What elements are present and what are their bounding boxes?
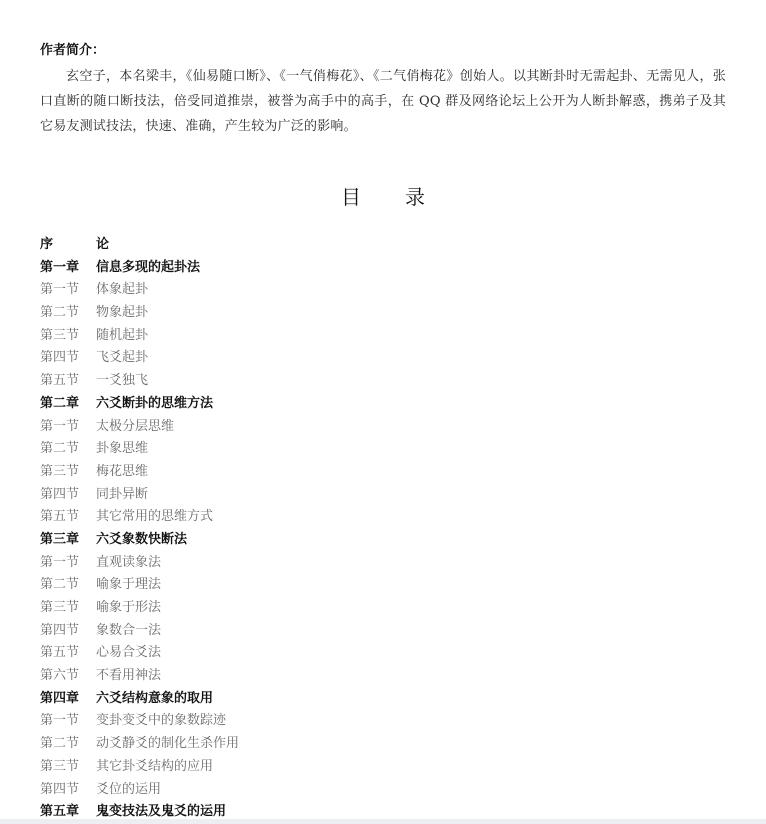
toc-entry-title: 其它常用的思维方式 (96, 509, 213, 524)
toc-entry-number: 第二节 (40, 574, 96, 597)
toc-entry-number: 第三节 (40, 756, 96, 779)
toc-entry-number: 第二节 (40, 302, 96, 325)
toc-entry-section[interactable]: 第六节不看用神法 (40, 665, 440, 688)
toc-entry-section[interactable]: 第五节一爻独飞 (40, 370, 440, 393)
toc-entry-number: 第一节 (40, 279, 96, 302)
toc-entry-title: 直观读象法 (96, 555, 161, 570)
toc-entry-number: 第四节 (40, 620, 96, 643)
toc-title-char-1: 目 (341, 181, 361, 210)
toc-entry-number: 第三节 (40, 461, 96, 484)
toc-entry-number: 第一节 (40, 552, 96, 575)
toc-entry-title: 同卦异断 (96, 487, 148, 502)
toc-title: 目录 (0, 181, 766, 210)
toc-entry-number: 第五节 (40, 506, 96, 529)
toc-entry-title: 动爻静爻的制化生杀作用 (96, 736, 239, 751)
table-of-contents: 序论第一章信息多现的起卦法第一节体象起卦第二节物象起卦第三节随机起卦第四节飞爻起… (40, 234, 440, 819)
toc-entry-chapter[interactable]: 第二章六爻断卦的思维方法 (40, 393, 440, 416)
author-intro-heading: 作者简介： (40, 39, 105, 58)
toc-entry-title: 卦象思维 (96, 441, 148, 456)
toc-entry-number: 第三章 (40, 529, 96, 552)
toc-entry-title: 六爻断卦的思维方法 (96, 396, 213, 411)
toc-entry-title: 物象起卦 (96, 305, 148, 320)
toc-entry-section[interactable]: 第四节爻位的运用 (40, 779, 440, 802)
toc-entry-section[interactable]: 第四节同卦异断 (40, 484, 440, 507)
toc-entry-title: 六爻结构意象的取用 (96, 691, 213, 706)
toc-entry-section[interactable]: 第三节其它卦爻结构的应用 (40, 756, 440, 779)
toc-entry-title: 象数合一法 (96, 623, 161, 638)
toc-entry-title: 体象起卦 (96, 282, 148, 297)
toc-entry-number: 第二节 (40, 438, 96, 461)
toc-entry-section[interactable]: 第一节变卦变爻中的象数踪迹 (40, 710, 440, 733)
toc-entry-number: 第五节 (40, 642, 96, 665)
toc-entry-number: 第二章 (40, 393, 96, 416)
toc-entry-title: 飞爻起卦 (96, 350, 148, 365)
toc-entry-section[interactable]: 第一节太极分层思维 (40, 416, 440, 439)
toc-entry-number: 第一节 (40, 416, 96, 439)
toc-entry-number: 第六节 (40, 665, 96, 688)
toc-entry-title: 鬼变技法及鬼爻的运用 (96, 804, 226, 819)
toc-entry-number: 第三节 (40, 325, 96, 348)
toc-entry-section[interactable]: 第二节卦象思维 (40, 438, 440, 461)
toc-entry-number: 第四节 (40, 347, 96, 370)
toc-entry-number: 第二节 (40, 733, 96, 756)
toc-entry-number: 第五节 (40, 370, 96, 393)
toc-entry-number: 第四节 (40, 779, 96, 802)
toc-entry-preface[interactable]: 序论 (40, 234, 440, 257)
toc-entry-title: 论 (96, 237, 109, 252)
toc-entry-number: 第五章 (40, 801, 96, 819)
toc-entry-chapter[interactable]: 第四章六爻结构意象的取用 (40, 688, 440, 711)
document-page: 作者简介： 玄空子，本名梁丰，《仙易随口断》、《一气俏梅花》、《二气俏梅花》创始… (0, 0, 766, 819)
toc-entry-section[interactable]: 第二节动爻静爻的制化生杀作用 (40, 733, 440, 756)
toc-entry-title: 信息多现的起卦法 (96, 260, 200, 275)
toc-entry-section[interactable]: 第三节喻象于形法 (40, 597, 440, 620)
toc-entry-section[interactable]: 第四节飞爻起卦 (40, 347, 440, 370)
toc-entry-title: 爻位的运用 (96, 782, 161, 797)
toc-entry-section[interactable]: 第二节物象起卦 (40, 302, 440, 325)
toc-entry-number: 序 (40, 234, 96, 257)
toc-entry-chapter[interactable]: 第五章鬼变技法及鬼爻的运用 (40, 801, 440, 819)
toc-entry-title: 一爻独飞 (96, 373, 148, 388)
toc-entry-number: 第一章 (40, 257, 96, 280)
toc-entry-section[interactable]: 第五节其它常用的思维方式 (40, 506, 440, 529)
toc-entry-chapter[interactable]: 第一章信息多现的起卦法 (40, 257, 440, 280)
toc-entry-title: 变卦变爻中的象数踪迹 (96, 713, 226, 728)
toc-entry-title: 其它卦爻结构的应用 (96, 759, 213, 774)
toc-entry-title: 太极分层思维 (96, 419, 174, 434)
toc-entry-chapter[interactable]: 第三章六爻象数快断法 (40, 529, 440, 552)
toc-entry-section[interactable]: 第三节梅花思维 (40, 461, 440, 484)
toc-entry-title: 梅花思维 (96, 464, 148, 479)
toc-entry-number: 第四节 (40, 484, 96, 507)
toc-entry-title: 喻象于形法 (96, 600, 161, 615)
toc-title-char-2: 录 (405, 181, 425, 210)
toc-entry-title: 六爻象数快断法 (96, 532, 187, 547)
toc-entry-title: 心易合爻法 (96, 645, 161, 660)
toc-entry-section[interactable]: 第三节随机起卦 (40, 325, 440, 348)
toc-entry-section[interactable]: 第四节象数合一法 (40, 620, 440, 643)
toc-entry-title: 随机起卦 (96, 328, 148, 343)
toc-entry-title: 不看用神法 (96, 668, 161, 683)
author-bio-paragraph: 玄空子，本名梁丰，《仙易随口断》、《一气俏梅花》、《二气俏梅花》创始人。以其断卦… (40, 64, 726, 139)
toc-entry-section[interactable]: 第二节喻象于理法 (40, 574, 440, 597)
toc-entry-section[interactable]: 第一节体象起卦 (40, 279, 440, 302)
toc-entry-section[interactable]: 第一节直观读象法 (40, 552, 440, 575)
toc-entry-title: 喻象于理法 (96, 577, 161, 592)
toc-entry-number: 第四章 (40, 688, 96, 711)
toc-entry-number: 第三节 (40, 597, 96, 620)
toc-entry-section[interactable]: 第五节心易合爻法 (40, 642, 440, 665)
toc-entry-number: 第一节 (40, 710, 96, 733)
